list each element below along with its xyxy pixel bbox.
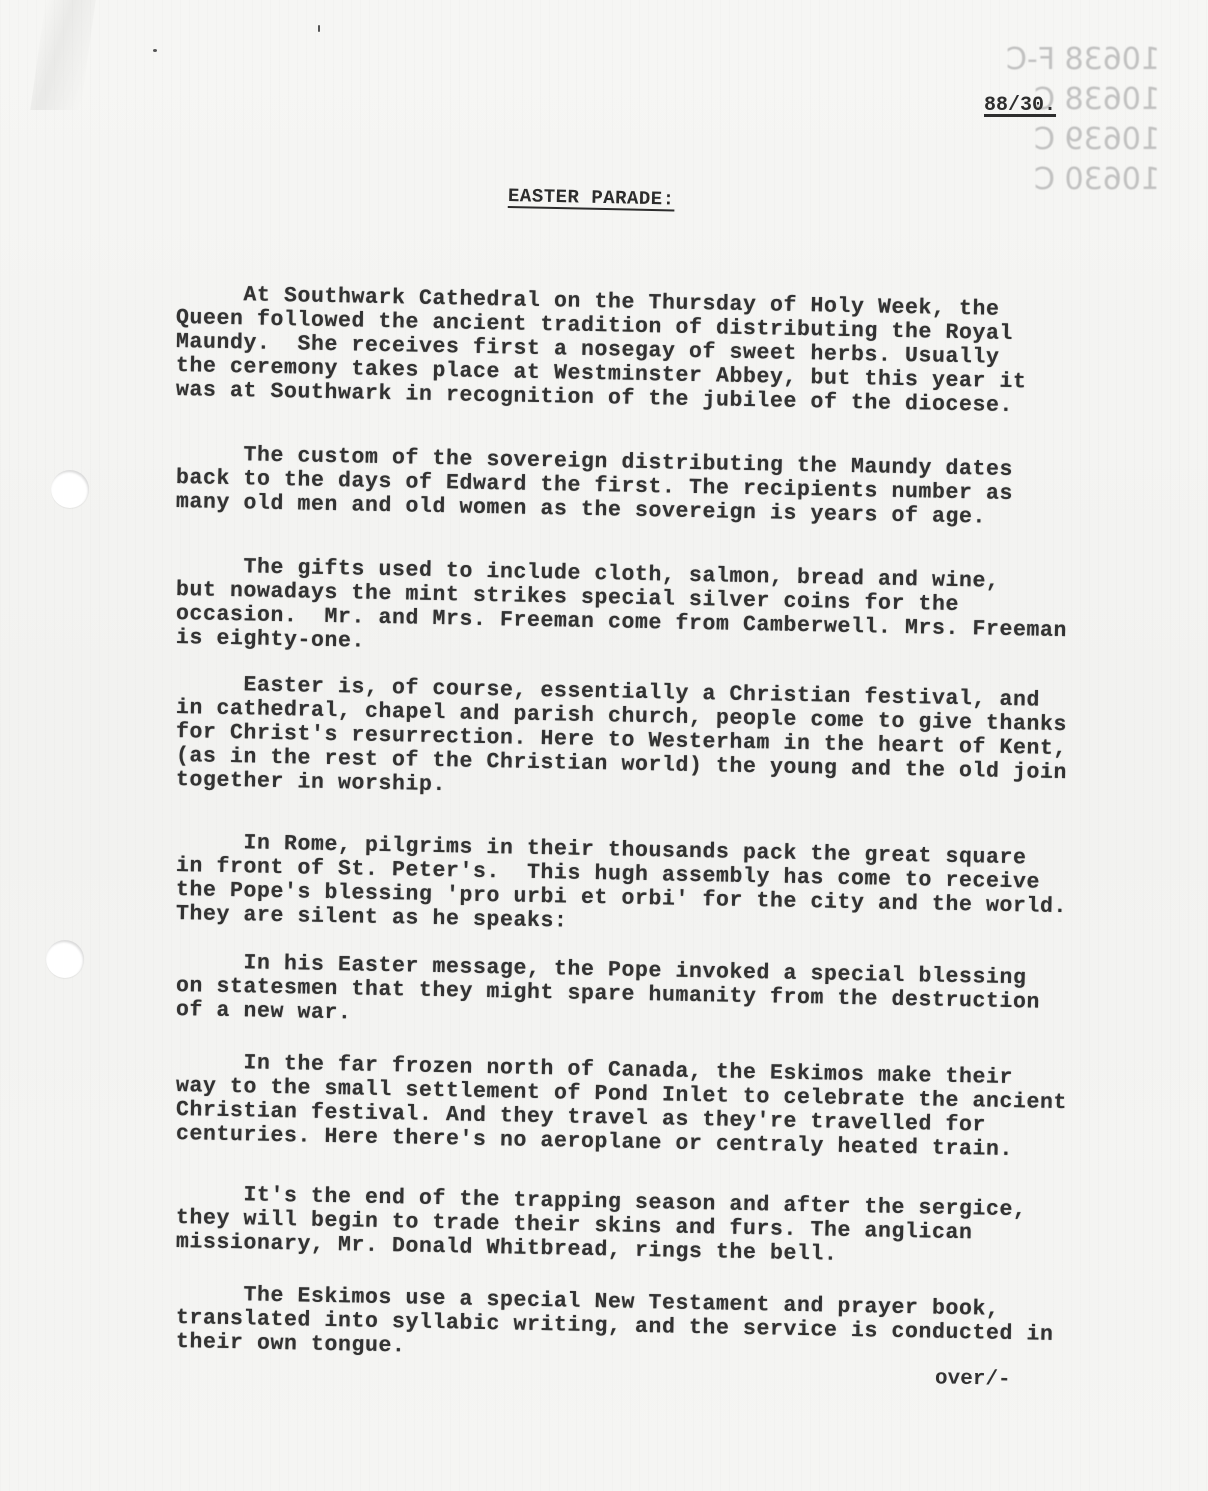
scanned-page: 10638 F-C 10638 C 10639 C 10630 C 88/30.…: [0, 0, 1208, 1491]
document-body: At Southwark Cathedral on the Thursday o…: [0, 0, 1208, 1491]
text-line: their own tongue.: [176, 1330, 406, 1358]
text-line: of a new war.: [176, 998, 352, 1025]
text-line: together in worship.: [176, 768, 446, 797]
text-line: is eighty-one.: [176, 626, 365, 654]
continuation-marker: over/-: [935, 1367, 1011, 1391]
